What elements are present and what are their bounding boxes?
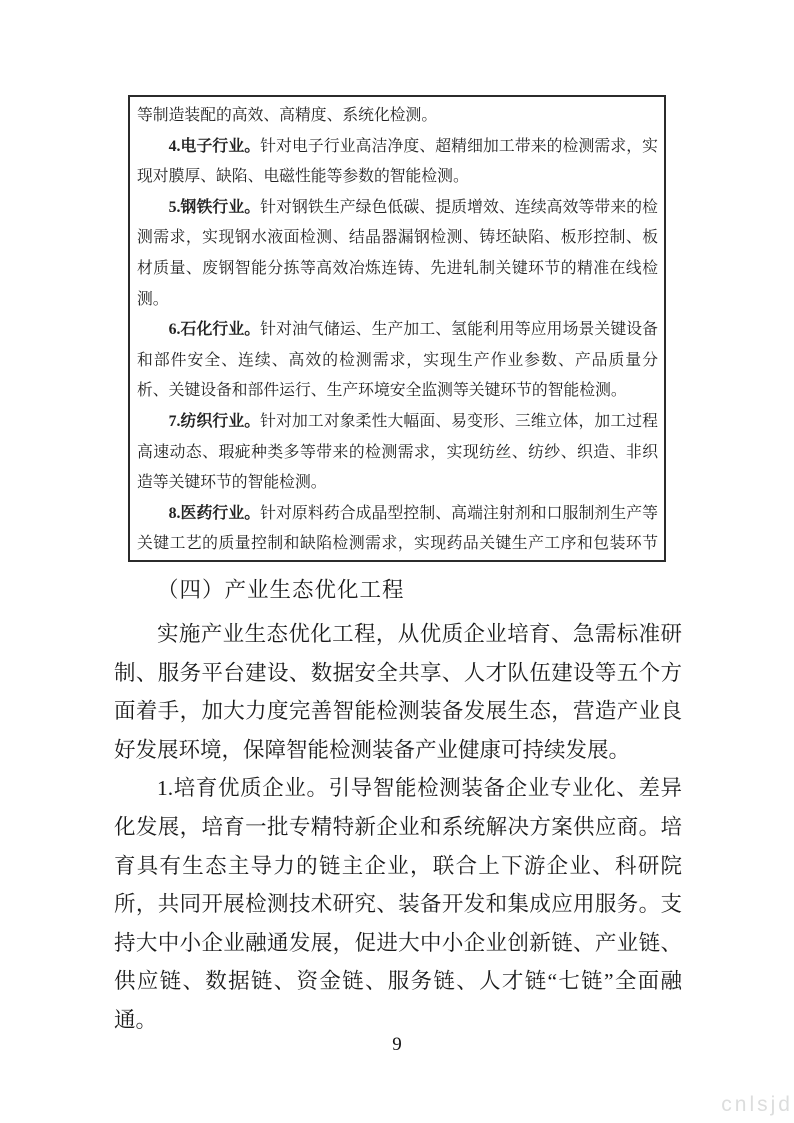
box-paragraph-electronics: 4.电子行业。针对电子行业高洁净度、超精细加工带来的检测需求，实现对膜厚、缺陷、… [137,132,658,193]
box-paragraph-pharmaceutical: 8.医药行业。针对原料药合成晶型控制、高端注射剂和口服制剂生产等关键工艺的质量控… [137,499,658,562]
box-paragraph-text: 等制造装配的高效、高精度、系统化检测。 [137,107,437,124]
box-paragraph-textile: 7.纺织行业。针对加工对象柔性大幅面、易变形、三维立体，加工过程高速动态、瑕疵种… [137,407,658,499]
body-paragraph-ecosystem-overview: 实施产业生态优化工程，从优质企业培育、急需标准研制、服务平台建设、数据安全共享、… [114,615,682,769]
watermark: cnlsjd [721,1093,793,1117]
box-paragraph-steel: 5.钢铁行业。针对钢铁生产绿色低碳、提质增效、连续高效等带来的检测需求，实现钢水… [137,193,658,315]
page-number: 9 [0,1034,794,1056]
body-paragraph-enterprise-cultivation: 1.培育优质企业。引导智能检测装备企业专业化、差异化发展，培育一批专精特新企业和… [114,769,682,1039]
industry-label: 7.纺织行业。 [169,413,261,430]
section-heading: （四）产业生态优化工程 [114,570,682,610]
box-paragraph-petrochemical: 6.石化行业。针对油气储运、生产加工、氢能利用等应用场景关键设备和部件安全、连续… [137,315,658,407]
box-paragraph-continuation: 等制造装配的高效、高精度、系统化检测。 [137,101,658,132]
industry-requirements-box: 等制造装配的高效、高精度、系统化检测。 4.电子行业。针对电子行业高洁净度、超精… [128,95,666,562]
main-content: （四）产业生态优化工程 实施产业生态优化工程，从优质企业培育、急需标准研制、服务… [114,570,682,1040]
industry-label: 6.石化行业。 [169,321,261,338]
industry-label: 5.钢铁行业。 [169,199,261,216]
document-page: 等制造装配的高效、高精度、系统化检测。 4.电子行业。针对电子行业高洁净度、超精… [0,0,794,1123]
industry-label: 8.医药行业。 [169,505,261,522]
industry-label: 4.电子行业。 [169,138,261,155]
